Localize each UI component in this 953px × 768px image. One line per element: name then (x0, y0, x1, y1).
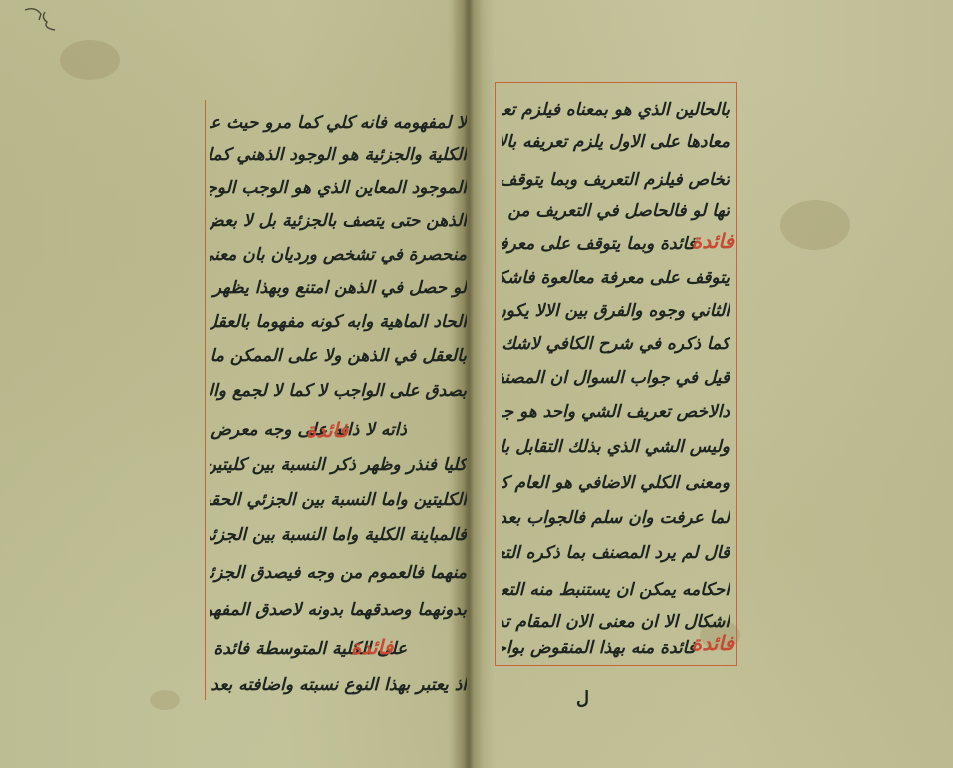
rubric-fayida: فائدة (692, 631, 734, 655)
text-line: الذهن حتى يتصف بالجزئية بل لا بعض الا لو… (210, 206, 467, 236)
text-line: يتوقف على معرفة معالعوة فاشكال الحاصل ال… (502, 263, 730, 293)
text-line: كما ذكره في شرح الكافي لاشك ان على التحل… (502, 329, 730, 359)
text-line: تخاص فيلزم التعريف وبما يتوقف على معرفة (502, 165, 730, 195)
text-line: قيل في جواب السوال ان المصنف ذكر النفسه … (502, 363, 730, 393)
manuscript-spread: لا لمفهومه فانه كلي كما مرو حيث عن هذا ا… (0, 0, 953, 768)
text-line: لا لمفهومه فانه كلي كما مرو حيث عن هذا ا… (210, 108, 467, 138)
text-line: بالعقل في الذهن ولا على الممكن ما حصوله … (210, 341, 467, 371)
text-line: فالمباينة الكلية واما النسبة بين الجزئي … (210, 520, 467, 550)
text-line: كليا فنذر وظهر ذكر النسبة بين كليتين وما… (210, 450, 467, 480)
text-line: اذ يعتبر بهذا النوع نسبته واضافته بعده و… (210, 670, 467, 700)
folio-catchword: ل (576, 688, 589, 709)
rubric-fayida: فائدة (306, 418, 348, 442)
text-line: لو حصل في الذهن امتنع وبهذا يظهر قوله كم… (210, 273, 467, 303)
text-line: بالحالين الذي هو بمعناه فيلزم تعريف الشي… (502, 95, 730, 125)
right-text-block: بالحالين الذي هو بمعناه فيلزم تعريف الشي… (495, 82, 737, 666)
text-line: فائدة وبما يتوقف على معرفة والثاني لتعري… (502, 229, 696, 259)
text-line: معادها على الاول يلزم تعريفه بالاخص الذي… (502, 127, 730, 157)
text-line: بدونهما وصدقهما بدونه لاصدق المفهوم عليه… (210, 595, 467, 625)
text-line: الكلية والجزئية هو الوجود الذهني كما صرح… (210, 140, 467, 170)
right-page: بالحالين الذي هو بمعناه فيلزم تعريف الشي… (466, 0, 953, 768)
text-line: بصدق على الواجب لا كما لا لجمع والمقام ا… (210, 376, 467, 406)
text-line: الكليتين واما النسبة بين الجزئي الحقيقي … (210, 485, 467, 515)
text-line: وليس الشي الذي بذلك التقابل بل ان يسال م… (502, 432, 730, 462)
text-line: تها لو فالحاصل في التعريف من وجهين احدهم… (502, 196, 730, 226)
text-line: فائدة منه بهذا المنقوض بواجب الوجود اي ا… (502, 633, 696, 663)
text-line: منهما فالعموم من وجه فيصدق الجزئي الاضاف… (210, 558, 467, 588)
text-line: لما عرفت وان سلم فالجواب بعد ذلك اما ذكر… (502, 503, 730, 533)
text-line: دالاخص تعريف الشي واحد هو جزئي بالاضافي … (502, 397, 730, 427)
text-line: ومعنى الكلي الاضافي هو العام كما ذكره ان… (502, 468, 730, 498)
left-text-block: لا لمفهومه فانه كلي كما مرو حيث عن هذا ا… (205, 100, 467, 700)
rubric-fayida: فائدة (351, 635, 393, 659)
text-line: احكامه يمكن ان يستنبط منه التعريف ورد بم… (502, 575, 730, 605)
rubric-fayida: فائدة (692, 229, 734, 253)
text-line: الموجود المعاين الذي هو الوجب الوجود وان… (210, 173, 467, 203)
left-page: لا لمفهومه فانه كلي كما مرو حيث عن هذا ا… (0, 0, 466, 768)
text-line: قال لم يرد المصنف بما ذكره التعريف الجزئ… (502, 538, 730, 568)
text-line: الحاد الماهية وابه كونه مفهوما بالعقل وذ… (210, 307, 467, 337)
text-line: الثاني وجوه والفرق بين الالا يكون تعريف … (502, 296, 730, 326)
text-line: منحصرة في تشخص ورديان بان معنى الجزئي هو… (210, 240, 467, 270)
